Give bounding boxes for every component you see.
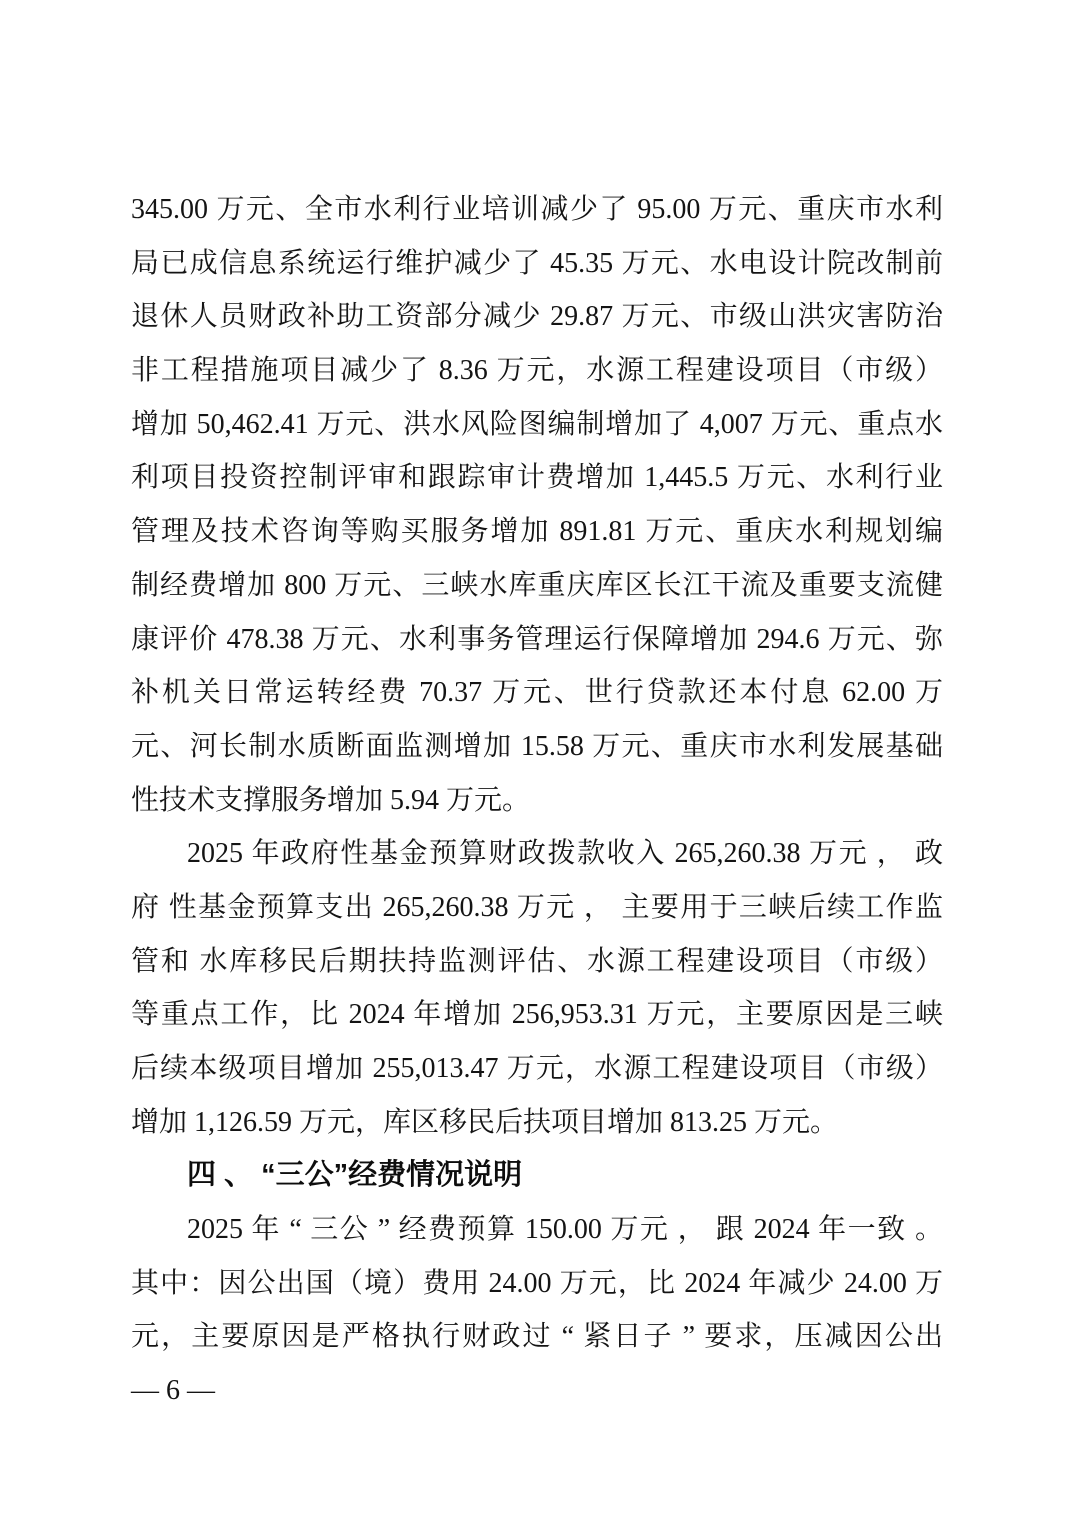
- paragraph3-line: 2025 年 “ 三公 ” 经费预算 150.00 万元 ， 跟 2024 年一…: [131, 1203, 943, 1257]
- paragraph1-line: 康评价 478.38 万元、水利事务管理运行保障增加 294.6 万元、弥: [131, 613, 943, 667]
- text-block: 345.00 万元、全市水利行业培训减少了 95.00 万元、重庆市水利 局已成…: [131, 183, 943, 1418]
- paragraph1-line: 管理及技术咨询等购买服务增加 891.81 万元、重庆水利规划编: [131, 505, 943, 559]
- paragraph1-line: 增加 50,462.41 万元、洪水风险图编制增加了 4,007 万元、重点水: [131, 398, 943, 452]
- paragraph2-line: 府 性基金预算支出 265,260.38 万元 ， 主要用于三峡后续工作监: [131, 881, 943, 935]
- paragraph3-line: 元，主要原因是严格执行财政过 “ 紧日子 ” 要求，压减因公出: [131, 1310, 943, 1364]
- document-page: 345.00 万元、全市水利行业培训减少了 95.00 万元、重庆市水利 局已成…: [0, 0, 1074, 1520]
- paragraph1-line: 性技术支撑服务增加 5.94 万元。: [131, 774, 943, 828]
- section-heading: 四 、 “三公”经费情况说明: [131, 1149, 943, 1203]
- page-number: — 6 —: [131, 1364, 943, 1418]
- paragraph1-line: 局已成信息系统运行维护减少了 45.35 万元、水电设计院改制前: [131, 237, 943, 291]
- paragraph2-line: 后续本级项目增加 255,013.47 万元，水源工程建设项目（市级）: [131, 1042, 943, 1096]
- paragraph1-line: 退休人员财政补助工资部分减少 29.87 万元、市级山洪灾害防治: [131, 290, 943, 344]
- paragraph1-line: 制经费增加 800 万元、三峡水库重庆库区长江干流及重要支流健: [131, 559, 943, 613]
- paragraph1-line: 非工程措施项目减少了 8.36 万元，水源工程建设项目（市级）: [131, 344, 943, 398]
- paragraph2-line: 2025 年政府性基金预算财政拨款收入 265,260.38 万元 ， 政: [131, 827, 943, 881]
- paragraph2-line: 管和 水库移民后期扶持监测评估、水源工程建设项目（市级）: [131, 935, 943, 989]
- paragraph2-line: 增加 1,126.59 万元，库区移民后扶项目增加 813.25 万元。: [131, 1096, 943, 1150]
- paragraph3-line: 其中：因公出国（境）费用 24.00 万元，比 2024 年减少 24.00 万: [131, 1257, 943, 1311]
- paragraph1-line: 345.00 万元、全市水利行业培训减少了 95.00 万元、重庆市水利: [131, 183, 943, 237]
- paragraph2-line: 等重点工作，比 2024 年增加 256,953.31 万元，主要原因是三峡: [131, 988, 943, 1042]
- paragraph1-line: 补机关日常运转经费 70.37 万元、世行贷款还本付息 62.00 万: [131, 666, 943, 720]
- paragraph1-line: 元、河长制水质断面监测增加 15.58 万元、重庆市水利发展基础: [131, 720, 943, 774]
- paragraph1-line: 利项目投资控制评审和跟踪审计费增加 1,445.5 万元、水利行业: [131, 451, 943, 505]
